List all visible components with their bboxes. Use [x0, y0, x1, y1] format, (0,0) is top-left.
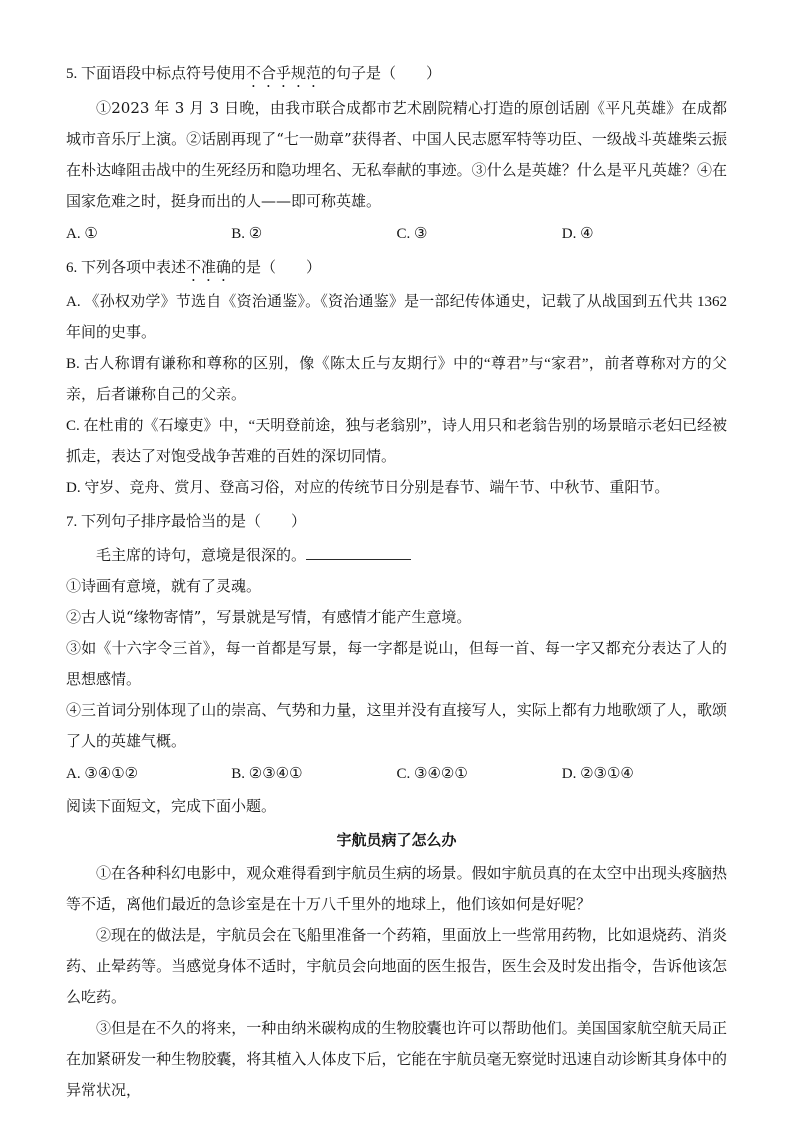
question-7-option-a: A. ③④①② — [66, 759, 231, 790]
question-5-option-b: B. ② — [231, 219, 396, 250]
question-7-sentence-4: ④三首词分别体现了山的崇高、气势和力量，这里并没有直接写人，实际上都有力地歌颂了… — [66, 695, 727, 757]
question-7-option-c: C. ③④②① — [397, 759, 562, 790]
question-7-stem: 7. 下列句子排序最恰当的是（ ） — [66, 507, 727, 538]
question-6-option-c: C. 在杜甫的《石壕吏》中，“天明登前途，独与老翁别”，诗人用只和老翁告别的场景… — [66, 411, 727, 473]
question-6-option-a: A. 《孙权劝学》节选自《资治通鉴》。《资治通鉴》是一部纪传体通史，记载了从战国… — [66, 287, 727, 349]
question-7-lead: 毛主席的诗句，意境是很深的。 — [66, 540, 727, 571]
question-7-option-d: D. ②③①④ — [562, 759, 727, 790]
question-7-sentence-2: ②古人说“缘物寄情”，写景就是写情，有感情才能产生意境。 — [66, 602, 727, 633]
article-title: 宇航员病了怎么办 — [66, 825, 727, 856]
reading-section: 阅读下面短文，完成下面小题。 宇航员病了怎么办 ①在各种科幻电影中，观众难得看到… — [66, 792, 727, 1106]
question-5-stem: 5. 下面语段中标点符号使用不合乎规范的句子是（ ） — [66, 59, 727, 91]
question-5-option-d: D. ④ — [562, 219, 727, 250]
article-paragraph-1: ①在各种科幻电影中，观众难得看到宇航员生病的场景。假如宇航员真的在太空中出现头疼… — [66, 858, 727, 920]
question-5: 5. 下面语段中标点符号使用不合乎规范的句子是（ ） ①2023 年 3 月 3… — [66, 59, 727, 250]
fill-in-blank-line — [306, 545, 411, 560]
question-5-stem-suffix: 的句子是（ ） — [321, 66, 441, 82]
question-6-option-b: B. 古人称谓有谦称和尊称的区别，像《陈太丘与友期行》中的“尊君”与“家君”，前… — [66, 349, 727, 411]
question-5-option-c: C. ③ — [397, 219, 562, 250]
question-6-stem-suffix: 的是（ ） — [231, 260, 321, 276]
question-5-stem-emphasis: 不合乎规范 — [246, 66, 321, 82]
question-6: 6. 下列各项中表述不准确的是（ ） A. 《孙权劝学》节选自《资治通鉴》。《资… — [66, 253, 727, 504]
question-5-stem-prefix: 5. 下面语段中标点符号使用 — [66, 66, 246, 82]
question-7-sentence-3: ③如《十六字令三首》，每一首都是写景，每一字都是说山，但每一首、每一字又都充分表… — [66, 633, 727, 695]
question-6-stem: 6. 下列各项中表述不准确的是（ ） — [66, 253, 727, 285]
exam-paper-page: 5. 下面语段中标点符号使用不合乎规范的句子是（ ） ①2023 年 3 月 3… — [0, 0, 793, 1122]
question-7-lead-text: 毛主席的诗句，意境是很深的。 — [96, 546, 306, 564]
reading-instruction: 阅读下面短文，完成下面小题。 — [66, 792, 727, 823]
article-paragraph-2: ②现在的做法是，宇航员会在飞船里准备一个药箱，里面放上一些常用药物，比如退烧药、… — [66, 920, 727, 1013]
question-6-stem-prefix: 6. 下列各项中表述 — [66, 260, 186, 276]
question-6-option-d: D. 守岁、竞舟、赏月、登高习俗，对应的传统节日分别是春节、端午节、中秋节、重阳… — [66, 473, 727, 504]
article-paragraph-3: ③但是在不久的将来，一种由纳米碳构成的生物胶囊也许可以帮助他们。美国国家航空航天… — [66, 1013, 727, 1106]
question-7-options: A. ③④①② B. ②③④① C. ③④②① D. ②③①④ — [66, 759, 727, 790]
question-7-option-b: B. ②③④① — [231, 759, 396, 790]
question-5-options: A. ① B. ② C. ③ D. ④ — [66, 219, 727, 250]
question-5-passage: ①2023 年 3 月 3 日晚，由我市联合成都市艺术剧院精心打造的原创话剧《平… — [66, 93, 727, 217]
question-6-stem-emphasis: 不准确 — [186, 260, 231, 276]
question-7-sentence-1: ①诗画有意境，就有了灵魂。 — [66, 571, 727, 602]
question-5-option-a: A. ① — [66, 219, 231, 250]
question-7: 7. 下列句子排序最恰当的是（ ） 毛主席的诗句，意境是很深的。 ①诗画有意境，… — [66, 507, 727, 790]
